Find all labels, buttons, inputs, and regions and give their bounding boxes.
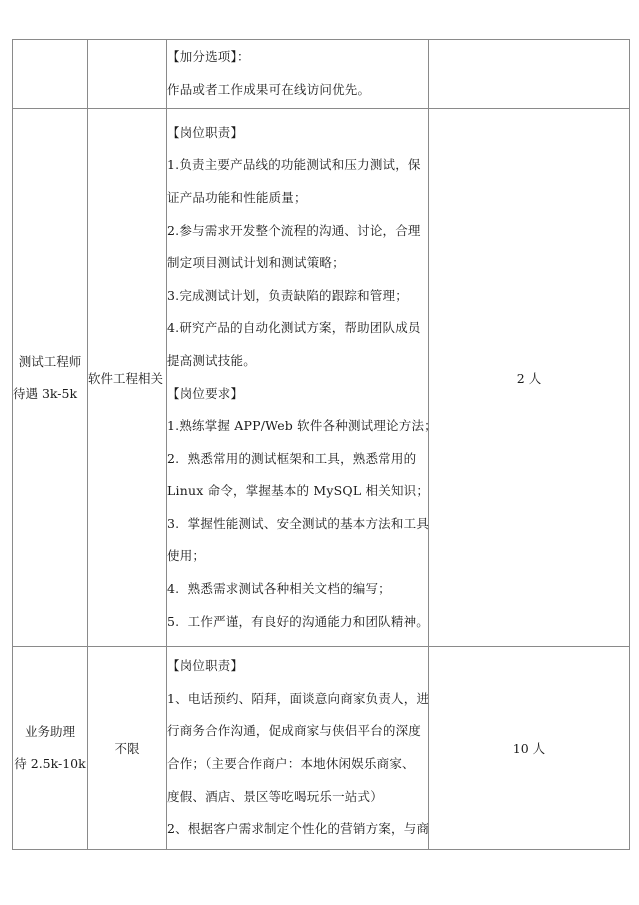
description-line: 度假、酒店、景区等吃喝玩乐一站式） [167,781,428,814]
position-salary: 待 2.5k-10k [13,748,87,780]
description-line: 1、电话预约、陌拜，面谈意向商家负责人，进 [167,683,428,716]
description-line: 提高测试技能。 [167,345,428,378]
major-cell: 不限 [88,647,167,850]
section-heading-duties: 【岗位职责】 [167,650,428,683]
headcount-cell: 10 人 [429,647,630,850]
major-requirement: 软件工程相关 [88,371,163,386]
description-cell: 【岗位职责】 1.负责主要产品线的功能测试和压力测试，保 证产品功能和性能质量；… [167,109,429,647]
description-line: 2. 熟悉常用的测试框架和工具，熟悉常用的 [167,443,428,476]
description-line: 1.负责主要产品线的功能测试和压力测试，保 [167,149,428,182]
job-openings-table: 【加分选项】： 作品或者工作成果可在线访问优先。 测试工程师 待遇 3k-5k … [12,39,630,850]
major-requirement: 不限 [114,741,139,756]
section-heading-bonus: 【加分选项】： [167,41,428,74]
description-line: 5. 工作严谨，有良好的沟通能力和团队精神。 [167,606,428,639]
table-row: 业务助理 待 2.5k-10k 不限 【岗位职责】 1、电话预约、陌拜，面谈意向… [13,647,630,850]
headcount-cell: 2 人 [429,109,630,647]
section-heading-duties: 【岗位职责】 [167,117,428,150]
description-line: 2、根据客户需求制定个性化的营销方案，与商 [167,813,428,846]
description-line: 4. 熟悉需求测试各种相关文档的编写； [167,573,428,606]
description-line: 证产品功能和性能质量； [167,182,428,215]
major-cell: 软件工程相关 [88,109,167,647]
description-line: 4.研究产品的自动化测试方案，帮助团队成员 [167,312,428,345]
table-row: 【加分选项】： 作品或者工作成果可在线访问优先。 [13,40,630,109]
description-line: 合作；（主要合作商户：本地休闲娱乐商家、 [167,748,428,781]
position-cell: 测试工程师 待遇 3k-5k [13,109,88,647]
description-line: 制定项目测试计划和测试策略； [167,247,428,280]
table-row: 测试工程师 待遇 3k-5k 软件工程相关 【岗位职责】 1.负责主要产品线的功… [13,109,630,647]
headcount-value: 2 人 [517,371,541,386]
description-line: 2.参与需求开发整个流程的沟通、讨论，合理 [167,215,428,248]
description-line: 作品或者工作成果可在线访问优先。 [167,74,428,107]
headcount-value: 10 人 [513,741,545,756]
position-cell: 业务助理 待 2.5k-10k [13,647,88,850]
section-heading-requirements: 【岗位要求】 [167,378,428,411]
position-title: 测试工程师 [13,346,87,378]
description-cell: 【加分选项】： 作品或者工作成果可在线访问优先。 [167,40,429,109]
description-line: 3.完成测试计划，负责缺陷的跟踪和管理； [167,280,428,313]
description-line: 3. 掌握性能测试、安全测试的基本方法和工具 [167,508,428,541]
description-cell: 【岗位职责】 1、电话预约、陌拜，面谈意向商家负责人，进 行商务合作沟通，促成商… [167,647,429,850]
position-cell [13,40,88,109]
description-line: 1.熟练掌握 APP/Web 软件各种测试理论方法； [167,410,428,443]
description-line: 行商务合作沟通，促成商家与侠侣平台的深度 [167,715,428,748]
major-cell [88,40,167,109]
headcount-cell [429,40,630,109]
description-line: Linux 命令，掌握基本的 MySQL 相关知识； [167,475,428,508]
position-salary: 待遇 3k-5k [13,378,87,410]
description-line: 使用； [167,540,428,573]
position-title: 业务助理 [13,716,87,748]
